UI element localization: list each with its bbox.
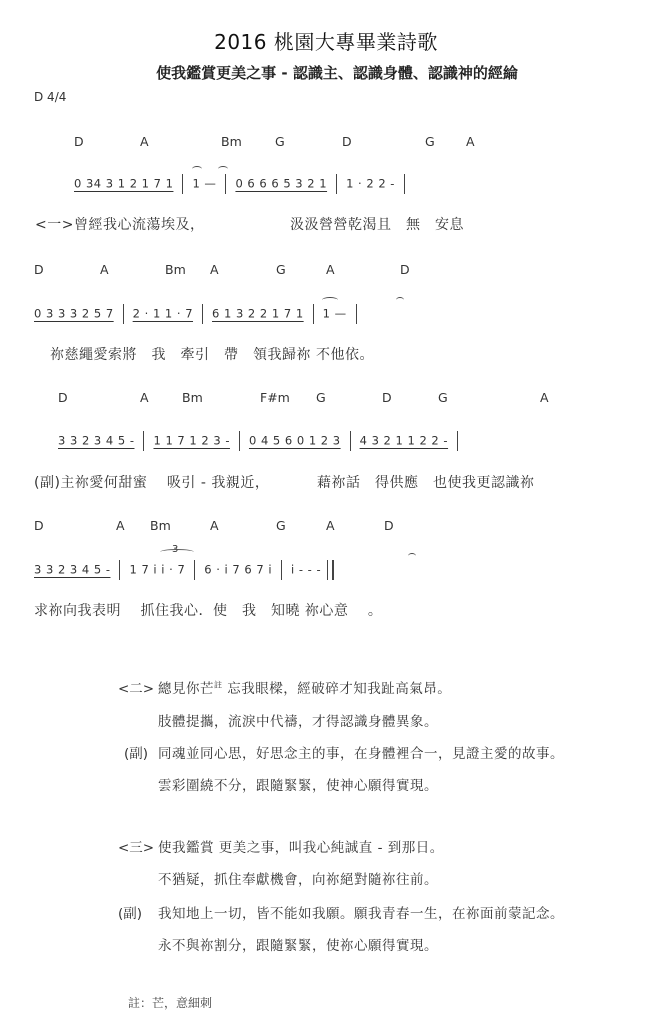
chord: A: [326, 518, 335, 533]
chord: A: [466, 134, 475, 149]
staff-line: 0 3 3 3 2 5 72 · 1 1 · 76 1 3 2 2 1 7 11…: [34, 304, 366, 324]
chord: A: [210, 518, 219, 533]
chord: Bm: [150, 518, 171, 533]
barline: [350, 431, 351, 451]
chord: A: [210, 262, 219, 277]
chord: A: [140, 390, 149, 405]
barline: [119, 560, 120, 580]
verse-line: 我知地上一切，皆不能如我願。願我青春一生，在祢面前蒙記念。: [158, 902, 564, 922]
lyric-line: 藉祢話 得供應 也使我更認識祢: [317, 472, 535, 492]
measure: i - - -: [291, 563, 321, 577]
chord: D: [74, 134, 84, 149]
staff-line: 3 3 2 3 4 5 -1 7 i i · 76 · i 7 6 7 ii -…: [34, 560, 334, 580]
barline: [182, 174, 183, 194]
chord: A: [100, 262, 109, 277]
chord: G: [276, 518, 286, 533]
verse-line: 同魂並同心思，好思念主的事，在身體裡合一，見證主愛的故事。: [158, 742, 564, 762]
measure: 0 6 6 6 5 3 2 1: [235, 177, 327, 191]
lyric-line: <一>曾經我心流蕩埃及，: [35, 214, 204, 234]
barline: [143, 431, 144, 451]
lyric-line: 求祢向我表明 抓住我心．使 我 知曉 祢心意 。: [34, 600, 382, 620]
staff-line: 3 3 2 3 4 5 -1 1 7 1 2 3 -0 4 5 6 0 1 2 …: [58, 431, 467, 451]
chord: D: [34, 262, 44, 277]
barline: [281, 560, 282, 580]
verse-line: 永不與祢割分，跟隨緊緊，使祢心願得實現。: [158, 934, 438, 954]
tie-mark: [218, 166, 228, 172]
measure: 3 3 2 3 4 5 -: [34, 563, 110, 577]
chord: G: [276, 262, 286, 277]
chord: D: [384, 518, 394, 533]
measure: 6 · i 7 6 7 i: [204, 563, 272, 577]
footnote-ref: 註: [214, 681, 223, 690]
chord: D: [342, 134, 352, 149]
measure: 4 3 2 1 1 2 2 -: [360, 434, 448, 448]
measure: 1 · 2 2 -: [346, 177, 395, 191]
barline: [239, 431, 240, 451]
chord: F#m: [260, 390, 290, 405]
chord: A: [116, 518, 125, 533]
song-title: 2016 桃園大專畢業詩歌: [0, 26, 652, 55]
measure: 3 3 2 3 4 5 -: [58, 434, 134, 448]
tie-mark: [408, 553, 416, 559]
tie-mark: [322, 297, 338, 303]
key-signature: D 4/4: [34, 90, 66, 104]
barline: [313, 304, 314, 324]
measure: 1 —: [192, 177, 216, 191]
chord: A: [540, 390, 549, 405]
measure: 0 3 3 3 2 5 7: [34, 307, 114, 321]
barline: [225, 174, 226, 194]
measure: 0 4 5 6 0 1 2 3: [249, 434, 341, 448]
barline: [202, 304, 203, 324]
measure: 1 7 i i · 7: [129, 563, 185, 577]
chorus-label: (副): [124, 742, 148, 762]
chord: A: [140, 134, 149, 149]
verse-line: 不猶疑，抓住奉獻機會，向祢絕對隨祢往前。: [158, 868, 438, 888]
barline: [404, 174, 405, 194]
chord: D: [34, 518, 44, 533]
tie-mark: [192, 166, 202, 172]
verse-text: 忘我眼樑，經破碎才知我趾高氣昂。: [223, 681, 452, 697]
lyric-line: 汲汲營營乾渴且 無 安息: [290, 214, 464, 234]
measure: 6 1 3 2 2 1 7 1: [212, 307, 304, 321]
song-subtitle: 使我鑑賞更美之事 - 認識主、認識身體、認識神的經綸: [0, 62, 652, 83]
tie-mark: [396, 297, 404, 303]
chord: Bm: [182, 390, 203, 405]
lyric-line: (副)主祢愛何甜蜜 吸引 - 我親近，: [34, 472, 269, 492]
barline: [336, 174, 337, 194]
barline: [356, 304, 357, 324]
chord: G: [275, 134, 285, 149]
chord: A: [326, 262, 335, 277]
measure: 2 · 1 1 · 7: [133, 307, 193, 321]
chord: G: [438, 390, 448, 405]
measure: 1 —: [323, 307, 347, 321]
chord: D: [400, 262, 410, 277]
verse-line: 總見你芒註 忘我眼樑，經破碎才知我趾高氣昂。: [158, 677, 451, 697]
final-barline: [327, 560, 334, 580]
chord: Bm: [221, 134, 242, 149]
verse-line: 雲彩圍繞不分，跟隨緊緊，使神心願得實現。: [158, 774, 438, 794]
verse-line: 使我鑑賞 更美之事，叫我心純誠直 - 到那日。: [158, 836, 444, 856]
measure: 1 1 7 1 2 3 -: [153, 434, 229, 448]
staff-line: 0 34 3 1 2 1 7 11 —0 6 6 6 5 3 2 11 · 2 …: [74, 174, 414, 194]
footnote: 註：芒，意細刺: [128, 994, 212, 1011]
barline: [123, 304, 124, 324]
chorus-label: (副): [118, 902, 142, 922]
barline: [457, 431, 458, 451]
measure: 0 34 3 1 2 1 7 1: [74, 177, 173, 191]
verse-line: 肢體提攜，流淚中代禱，才得認識身體異象。: [158, 710, 438, 730]
verse-label: <三>: [118, 836, 154, 856]
triplet-bracket: [160, 549, 194, 555]
lyric-line: 祢慈繩愛索將 我 牽引 帶 領我歸祢 不他依。: [50, 344, 374, 364]
chord: D: [58, 390, 68, 405]
chord: G: [316, 390, 326, 405]
chord: D: [382, 390, 392, 405]
barline: [194, 560, 195, 580]
chord: Bm: [165, 262, 186, 277]
verse-label: <二>: [118, 677, 154, 697]
chord: G: [425, 134, 435, 149]
verse-text: 總見你芒: [158, 681, 214, 697]
